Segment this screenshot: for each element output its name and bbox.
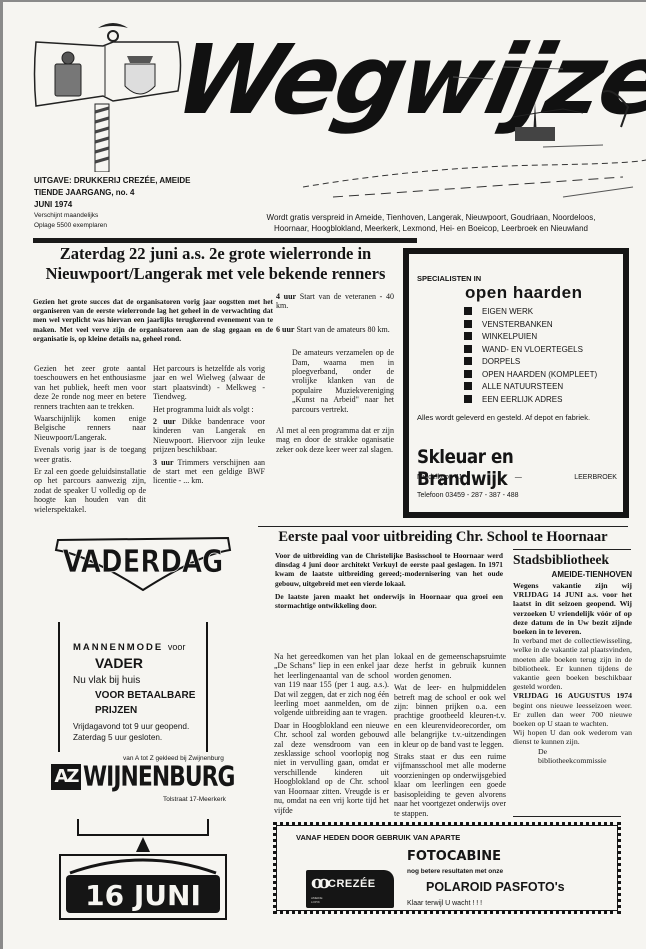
advertisement-fotocabine: VANAF HEDEN DOOR GEBRUIK VAN APARTE FOTO…	[273, 822, 621, 914]
az-logo-icon: AZ	[51, 764, 81, 790]
program-text: Start van de amateurs 80 km.	[296, 325, 389, 334]
signpost-coat-of-arms-icon	[33, 16, 183, 172]
paragraph: lokaal en de gemeenschapsruimte deze her…	[394, 652, 506, 680]
signature-line: De	[538, 747, 632, 756]
list-item: DORPELS	[464, 356, 597, 369]
bullet-square-icon	[464, 357, 472, 365]
reopen-text: begint ons nieuwe leesseizoen weer. Er z…	[513, 701, 632, 728]
paragraph: Evenals vorig jaar is de toegang weer gr…	[34, 445, 146, 464]
firm-name: Skleuar en Brandwijk	[417, 446, 598, 490]
street: Middelkoop 41	[417, 474, 463, 481]
distribution-notice: Wordt gratis verspreid in Ameide, Tienho…	[221, 212, 641, 234]
paragraph: Het programma luidt als volgt :	[153, 405, 265, 414]
bullet-square-icon	[464, 382, 472, 390]
paragraph: Het parcours is hetzelfde als vorig jaar…	[153, 364, 265, 402]
bullet-square-icon	[464, 345, 472, 353]
paragraph: Gezien het zeer grote aantal toeschouwer…	[34, 364, 146, 411]
list-item: EIGEN WERK	[464, 306, 597, 319]
vaderdag-banner-icon: VADERDAG	[48, 535, 238, 595]
logo-small-text: AMEIDE LOPIK	[311, 896, 323, 904]
paragraph: De amateurs verzamelen op de Dam, waarna…	[276, 348, 394, 414]
program-time: 4 uur	[276, 292, 296, 301]
volume: TIENDE JAARGANG, no. 4	[34, 187, 190, 199]
program-item: 2 uur Dikke bandenrace voor kinderen van…	[153, 417, 265, 455]
ad-header: SPECIALISTEN IN	[417, 274, 481, 283]
program-item: 4 uur Start van de veteranen - 40 km.	[276, 292, 394, 311]
divider-rule	[33, 238, 417, 243]
ad-line: Klaar terwijl U wacht ! ! !	[407, 900, 482, 907]
paragraph: Wat de leer- en hulpmiddelen betreft mag…	[394, 683, 506, 749]
divider-rule	[513, 549, 631, 550]
bullet-square-icon	[464, 395, 472, 403]
bullet-square-icon	[464, 332, 472, 340]
divider-rule	[258, 526, 628, 527]
paragraph: Voor de uitbreiding van de Christelijke …	[275, 551, 503, 588]
phone-number: Telefoon 03459 - 287 - 387 - 488	[417, 492, 519, 499]
ad-note: Alles wordt geleverd en gesteld. Af depo…	[417, 412, 617, 423]
logo-small-line: LOPIK	[311, 900, 323, 904]
paragraph: Al met al een programma dat er zijn mag …	[276, 426, 394, 454]
list-item: OPEN HAARDEN (KOMPLEET)	[464, 369, 597, 382]
issue-date: JUNI 1974	[34, 199, 190, 211]
advertisement-vaderdag: MANNENMODE voor VADER Nu vlak bij huis V…	[73, 642, 233, 743]
list-item: WINKELPUIEN	[464, 331, 597, 344]
paragraph: Na het gereedkomen van het plan „De Scha…	[274, 652, 389, 718]
list-item: WAND- EN VLOERTEGELS	[464, 344, 597, 357]
item-label: OPEN HAARDEN (KOMPLEET)	[482, 370, 597, 379]
publication-info: UITGAVE: DRUKKERIJ CREZÉE, AMEIDE TIENDE…	[34, 175, 190, 231]
ad-title: open haarden	[465, 283, 582, 303]
stadsbibliotheek-notice: Stadsbibliotheek AMEIDE-TIENHOVEN Wegens…	[513, 552, 632, 765]
paragraph: Daar in Hoogblokland een nieuwe Chr. sch…	[274, 721, 389, 815]
program-time: 6 uur	[276, 325, 294, 334]
notice-subtitle: AMEIDE-TIENHOVEN	[513, 570, 632, 579]
newspaper-page: Wegwijzer UITGAVE: DRUKKERIJ CREZÉE, AME…	[0, 0, 646, 949]
intro-hoornaar: Voor de uitbreiding van de Christelijke …	[275, 551, 503, 614]
hours-friday: Vrijdagavond tot 9 uur geopend.	[73, 721, 233, 732]
service-list: EIGEN WERK VENSTERBANKEN WINKELPUIEN WAN…	[464, 306, 597, 406]
program-time: 2 uur	[153, 417, 176, 426]
mannenmode: MANNENMODE	[73, 642, 163, 653]
article-column-2: Het parcours is hetzelfde als vorig jaar…	[153, 364, 265, 489]
separator: —	[515, 474, 522, 481]
distribution-line-2: Hoornaar, Hoogblokland, Meerkerk, Lexmon…	[221, 223, 641, 234]
landscape-illustration-icon	[303, 47, 646, 207]
reopen-date: VRIJDAG 16 AUGUSTUS 1974	[513, 691, 632, 700]
circulation: Oplage 5500 exemplaren	[34, 221, 190, 231]
16-juni-banner-icon: 16 JUNI	[48, 817, 238, 922]
advertisement-open-haarden: SPECIALISTEN IN open haarden EIGEN WERK …	[403, 248, 629, 518]
opening-hours: Vrijdagavond tot 9 uur geopend. Zaterdag…	[73, 721, 233, 743]
store-address: Tolstraat 17-Meerkerk	[163, 796, 226, 803]
vader-label: VADER	[73, 655, 233, 671]
bullet-square-icon	[464, 307, 472, 315]
list-item: ALLE NATUURSTEEN	[464, 381, 597, 394]
item-label: DORPELS	[482, 357, 520, 366]
zwijnenburg-logo: AZ WIJNENBURG	[51, 764, 243, 790]
ad-product: POLAROID PASFOTO's	[426, 880, 565, 894]
bullet-square-icon	[464, 320, 472, 328]
paragraph: Wegens vakantie zijn wij VRIJDAG 14 JUNI…	[513, 581, 632, 636]
hours-saturday: Zaterdag 5 uur gesloten.	[73, 732, 233, 743]
betaalbare-label: VOOR BETAALBARE	[73, 688, 233, 703]
paragraph: Straks staat er dus een ruime vijfmanssc…	[394, 752, 506, 818]
article-column-3: 4 uur Start van de veteranen - 40 km. 6 …	[276, 292, 394, 457]
svg-text:16 JUNI: 16 JUNI	[85, 879, 201, 912]
intro-wielerronde: Gezien het grote succes dat de organisat…	[33, 297, 273, 343]
paragraph: Er zal een goede geluidsinstallatie op h…	[34, 467, 146, 514]
item-label: ALLE NATUURSTEEN	[482, 382, 563, 391]
paragraph: Waarschijnlijk komen enige Belgische ren…	[34, 414, 146, 442]
ad-title: FOTOCABINE	[407, 849, 501, 864]
item-label: VENSTERBANKEN	[482, 320, 553, 329]
notice-title: Stadsbibliotheek	[513, 552, 632, 568]
signature: De bibliotheekcommissie	[513, 747, 632, 765]
paragraph: De laatste jaren maakt het onderwijs in …	[275, 592, 503, 610]
item-label: EEN EERLIJK ADRES	[482, 395, 562, 404]
item-label: WAND- EN VLOERTEGELS	[482, 345, 583, 354]
ad-line: VANAF HEDEN DOOR GEBRUIK VAN APARTE	[296, 833, 460, 842]
bullet-square-icon	[464, 370, 472, 378]
item-label: WINKELPUIEN	[482, 332, 537, 341]
paragraph: Wij hopen U dan ook wederom van dienst t…	[513, 728, 632, 746]
voor: voor	[168, 642, 186, 652]
article-column-1: Gezien het zeer grote aantal toeschouwer…	[34, 364, 146, 517]
nu-vlak-bij-huis: Nu vlak bij huis	[73, 675, 233, 686]
article-column-hoornaar-2: lokaal en de gemeenschapsruimte deze her…	[394, 652, 506, 821]
divider-rule	[513, 816, 621, 817]
program-item: 6 uur Start van de amateurs 80 km.	[276, 325, 394, 334]
program-item: 3 uur Trimmers verschijnen aan de start …	[153, 458, 265, 486]
crezee-logo: ꝏ CREZÉE AMEIDE LOPIK	[306, 870, 394, 908]
article-column-hoornaar-1: Na het gereedkomen van het plan „De Scha…	[274, 652, 389, 818]
mannenmode-line: MANNENMODE voor	[73, 642, 233, 653]
frequency: Verschijnt maandelijks	[34, 211, 190, 221]
logo-name: CREZÉE	[328, 878, 376, 890]
paragraph: In verband met de collectiewisseling, we…	[513, 636, 632, 691]
firm-address: Middelkoop 41 — LEERBROEK	[417, 474, 617, 481]
prijzen-label: PRIJZEN	[73, 703, 233, 718]
svg-text:VADERDAG: VADERDAG	[63, 543, 224, 580]
headline-wielerronde: Zaterdag 22 juni a.s. 2e grote wielerron…	[33, 244, 398, 284]
list-item: EEN EERLIJK ADRES	[464, 394, 597, 407]
item-label: EIGEN WERK	[482, 307, 533, 316]
town: LEERBROEK	[574, 474, 617, 481]
store-name: WIJNENBURG	[83, 761, 235, 792]
program-time: 3 uur	[153, 458, 174, 467]
signature-line: bibliotheekcommissie	[538, 756, 632, 765]
publisher: UITGAVE: DRUKKERIJ CREZÉE, AMEIDE	[34, 175, 190, 187]
distribution-line-1: Wordt gratis verspreid in Ameide, Tienho…	[221, 212, 641, 223]
ad-line: nog betere resultaten met onze	[407, 868, 503, 875]
headline-hoornaar: Eerste paal voor uitbreiding Chr. School…	[258, 529, 628, 546]
paragraph: VRIJDAG 16 AUGUSTUS 1974 begint ons nieu…	[513, 691, 632, 728]
list-item: VENSTERBANKEN	[464, 319, 597, 332]
